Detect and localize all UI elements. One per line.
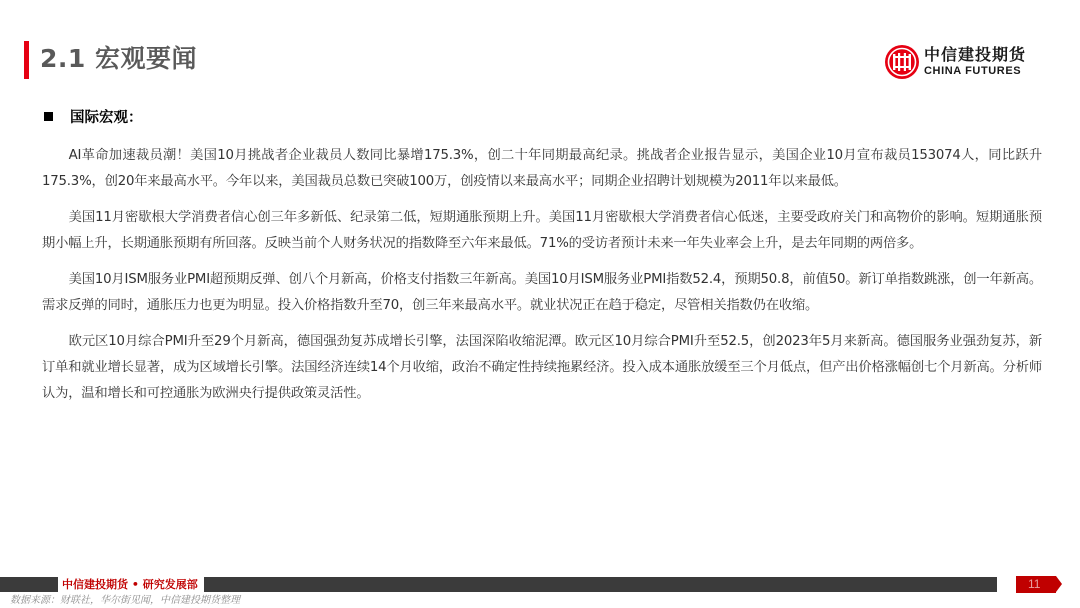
data-source-note: 数据来源：财联社，华尔街见闻，中信建投期货整理 bbox=[10, 594, 240, 607]
news-paragraph: 美国11月密歇根大学消费者信心创三年多新低、纪录第二低，短期通胀预期上升。美国1… bbox=[42, 205, 1042, 257]
logo-chinese-name: 中信建投期货 bbox=[924, 46, 1026, 64]
news-paragraph: 欧元区10月综合PMI升至29个月新高，德国强劲复苏成增长引擎，法国深陷收缩泥潭… bbox=[42, 329, 1042, 407]
page-title: 2.1 宏观要闻 bbox=[40, 40, 197, 78]
logo-english-name: CHINA FUTURES bbox=[924, 64, 1026, 78]
section-heading: 国际宏观： bbox=[44, 106, 143, 127]
news-paragraph: 美国10月ISM服务业PMI超预期反弹、创八个月新高，价格支付指数三年新高。美国… bbox=[42, 267, 1042, 319]
content-body: AI革命加速裁员潮！美国10月挑战者企业裁员人数同比暴增175.3%，创二十年同… bbox=[42, 143, 1042, 417]
company-logo: 中信建投期货 CHINA FUTURES bbox=[884, 44, 1026, 80]
footer-bar-right bbox=[204, 577, 997, 592]
square-bullet-icon bbox=[44, 112, 53, 121]
page-number-badge: 11 bbox=[1016, 576, 1056, 593]
news-paragraph: AI革命加速裁员潮！美国10月挑战者企业裁员人数同比暴增175.3%，创二十年同… bbox=[42, 143, 1042, 195]
citic-logo-icon bbox=[884, 44, 920, 80]
title-accent-bar bbox=[24, 41, 29, 79]
footer-department: 中信建投期货 • 研究发展部 bbox=[62, 576, 198, 593]
footer-bar-left bbox=[0, 577, 58, 592]
section-title: 国际宏观： bbox=[70, 106, 143, 127]
